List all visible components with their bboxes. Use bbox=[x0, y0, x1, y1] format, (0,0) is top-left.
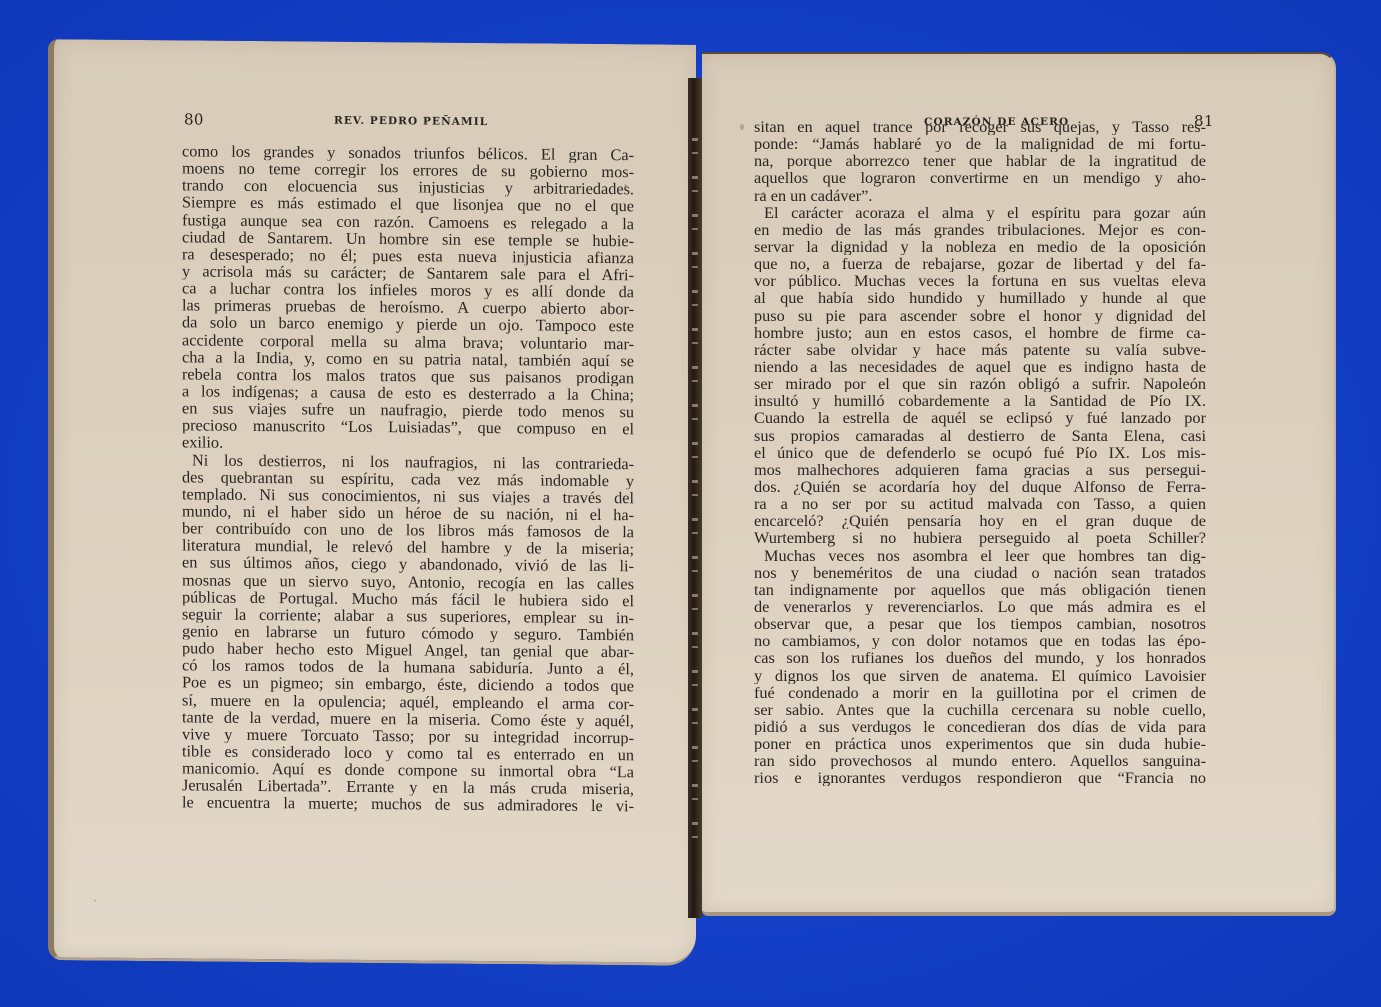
text-line: dos. ¿Quién se acordaría hoy del duque A… bbox=[754, 478, 1206, 495]
text-line: de venerarlos y reverenciarlos. Lo que m… bbox=[754, 598, 1206, 615]
text-line: insultó y humilló cobardemente a la Sant… bbox=[754, 392, 1206, 409]
text-line: mos malhechores adquieren fama gracias a… bbox=[754, 461, 1206, 478]
text-line: vor público. Muchas veces la fortuna en … bbox=[754, 272, 1206, 289]
left-page-body: como los grandes y sonados triunfos béli… bbox=[182, 142, 634, 814]
text-line: nos y beneméritos de una ciudad o nación… bbox=[754, 564, 1206, 581]
text-line: ran sido provechosos al mundo entero. Aq… bbox=[754, 752, 1206, 769]
paper-speck bbox=[740, 124, 744, 130]
right-page-body: sitan en aquel trance por recoger sus qu… bbox=[754, 118, 1206, 786]
text-line: pidió a sus verdugos le concedieran dos … bbox=[754, 718, 1206, 735]
text-line: le encuentra la muerte; muchos de sus ad… bbox=[182, 794, 634, 815]
text-line: Muchas veces nos asombra el leer que hom… bbox=[754, 547, 1206, 564]
text-line: sus propios camaradas al destierro de Sa… bbox=[754, 427, 1206, 444]
running-head-left: REV. PEDRO PEÑAMIL bbox=[334, 115, 488, 128]
book-gutter bbox=[688, 78, 702, 918]
text-line: ponde: “Jamás hablaré yo de la malignida… bbox=[754, 135, 1206, 152]
text-line: Wurtemberg si no hubiera perseguido al p… bbox=[754, 529, 1206, 546]
text-line: na, porque aborrezco tener que hablar de… bbox=[754, 152, 1206, 169]
text-line: poner en práctica unos experimentos que … bbox=[754, 735, 1206, 752]
page-number-left: 80 bbox=[184, 110, 204, 128]
text-line: hombre justo; aun en estos casos, el hom… bbox=[754, 324, 1206, 341]
text-line: tan indignamente por aquellos que más ob… bbox=[754, 581, 1206, 598]
text-line: el único que de defenderlo se ocupó fué … bbox=[754, 444, 1206, 461]
text-line: no cambiamos, y con dolor notamos que en… bbox=[754, 632, 1206, 649]
text-line: fué condenado a morir en la guillotina p… bbox=[754, 684, 1206, 701]
text-line: cas son los rufianes los dueños del mund… bbox=[754, 649, 1206, 666]
paper-speck bbox=[94, 900, 96, 902]
text-line: niendo a las necesidades de aquel que es… bbox=[754, 358, 1206, 375]
open-book: 80 REV. PEDRO PEÑAMIL como los grandes y… bbox=[0, 0, 1381, 1007]
text-line: servar la dignidad y la nobleza en medio… bbox=[754, 238, 1206, 255]
left-page: 80 REV. PEDRO PEÑAMIL como los grandes y… bbox=[48, 39, 696, 966]
text-line: aquellos que lograron convertirme en un … bbox=[754, 169, 1206, 186]
text-line: rios e ignorantes verdugos respondieron … bbox=[754, 769, 1206, 786]
text-line: rácter sabe olvidar y hace más patente s… bbox=[754, 341, 1206, 358]
paper-speck bbox=[762, 192, 765, 195]
text-line: al que había sido hundido y humillado y … bbox=[754, 289, 1206, 306]
text-line: ra en un cadáver”. bbox=[754, 187, 1206, 204]
paper-speck bbox=[624, 184, 627, 187]
text-line: que no, a fuerza de rebajarse, gozar de … bbox=[754, 255, 1206, 272]
text-line: Cuando la estrella de aquél se eclipsó y… bbox=[754, 409, 1206, 426]
text-line: observar que, a pesar que los tiempos ca… bbox=[754, 615, 1206, 632]
text-line: puso su pie para ascender sobre el honor… bbox=[754, 307, 1206, 324]
text-line: sitan en aquel trance por recoger sus qu… bbox=[754, 118, 1206, 135]
text-line: ra a no ser por su actitud malvada con T… bbox=[754, 495, 1206, 512]
text-line: encarceló? ¿Quién pensaría hoy en el gra… bbox=[754, 512, 1206, 529]
text-line: y dignos los que sirven de anatema. El q… bbox=[754, 667, 1206, 684]
torn-binding-edge bbox=[692, 138, 698, 838]
text-line: El carácter acoraza el alma y el espírit… bbox=[754, 204, 1206, 221]
text-line: ser mirado por el que sin razón obligó a… bbox=[754, 375, 1206, 392]
text-line: ser sabio. Antes que la cuchilla cercena… bbox=[754, 701, 1206, 718]
right-page: CORAZÓN DE ACERO 81 sitan en aquel tranc… bbox=[702, 52, 1336, 916]
text-line: en medio de las más grandes tribulacione… bbox=[754, 221, 1206, 238]
